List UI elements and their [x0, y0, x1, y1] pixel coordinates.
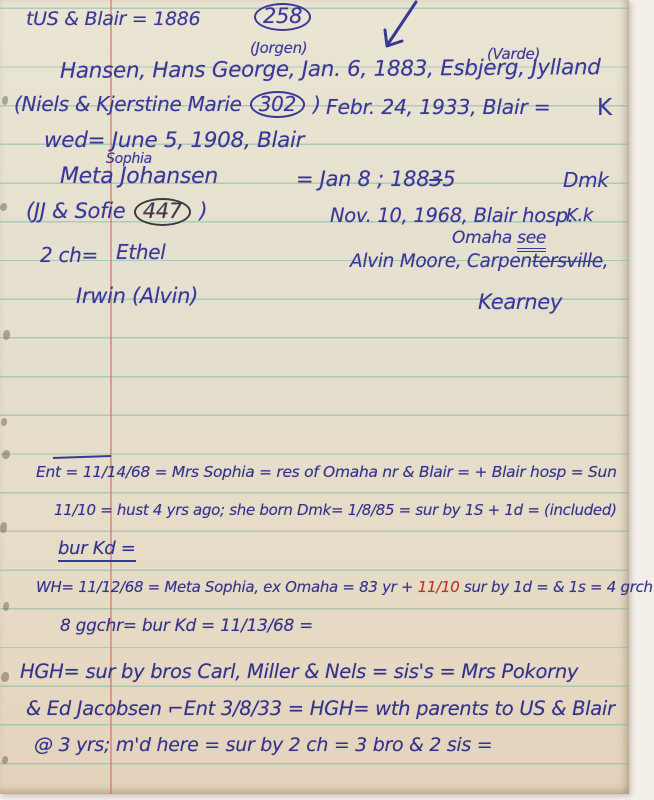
- corner-note: tUS & Blair = 1886: [26, 8, 200, 30]
- binding-hole-mark: [3, 330, 10, 340]
- child2-name: Irwin (Alvin): [76, 284, 198, 308]
- spouse-date-struck: 3: [429, 167, 442, 191]
- spouse-parents-line: (JJ & Sofie 447 ): [26, 198, 207, 226]
- child1-spouse-pre: Alvin Moore, Carpen: [350, 251, 532, 272]
- wh-post: sur by 1d = & 1s = 4 grch: [459, 578, 652, 596]
- binding-hole-mark: [2, 756, 8, 764]
- child1-spouse-post: ,: [603, 251, 609, 272]
- parents-ref-circle: 302: [250, 91, 305, 118]
- parents-text: (Niels & Kjerstine Marie: [14, 92, 242, 116]
- note-wh-line: WH= 11/12/68 = Meta Sophia, ex Omaha = 8…: [36, 578, 653, 596]
- note-obituary-2: 11/10 = hust 4 yrs ago; she born Dmk= 1/…: [54, 501, 617, 519]
- dmk-mark: Dmk: [563, 168, 609, 192]
- spouse-birth-date: = Jan 8 ; 18835: [296, 167, 455, 191]
- note-hgh-summary: @ 3 yrs; m'd here = sur by 2 ch = 3 bro …: [34, 734, 492, 756]
- children-count-label: 2 ch=: [40, 243, 98, 267]
- binding-hole-mark: [1, 672, 9, 682]
- kearney-note: Kearney: [478, 290, 562, 314]
- note-burial: bur Kd =: [58, 538, 136, 559]
- k-mark: K: [597, 95, 612, 121]
- binding-hole-mark: [2, 450, 10, 459]
- child1-name: Ethel: [116, 240, 166, 264]
- spouse-parents-ref-circle: 447: [134, 198, 191, 226]
- omaha-see-annotation: Omaha see: [452, 228, 546, 248]
- binding-hole-mark: [2, 96, 8, 105]
- arrow-icon: [372, 0, 422, 52]
- parents-close: ): [313, 92, 321, 116]
- page-number-circle: 258: [254, 3, 311, 31]
- binding-hole-mark: [3, 602, 9, 611]
- omaha-text: Omaha: [452, 228, 517, 248]
- binding-hole-mark: [0, 203, 7, 211]
- note-obituary-1: Ent = 11/14/68 = Mrs Sophia = res of Oma…: [36, 463, 617, 481]
- wedding-line: wed= June 5, 1908, Blair: [44, 128, 304, 153]
- ent-overline: [53, 455, 111, 459]
- see-underlined: see: [517, 228, 546, 252]
- burial-underlined: bur Kd =: [58, 538, 136, 562]
- spouse-name: Meta Johansen: [60, 164, 218, 189]
- death-date-line: Febr. 24, 1933, Blair =: [326, 95, 551, 119]
- entry-parents-line: (Niels & Kjerstine Marie 302 ): [14, 91, 321, 118]
- note-hgh-entry: & Ed Jacobsen ⌐Ent 3/8/33 = HGH= wth par…: [26, 697, 615, 720]
- entry-name-line: Hansen, Hans George, Jan. 6, 1883, Esbje…: [60, 55, 601, 84]
- page-number: 258: [252, 3, 313, 31]
- note-grandchildren: 8 ggchr= bur Kd = 11/13/68 =: [60, 616, 313, 636]
- spouse-parents-close: ): [199, 199, 207, 223]
- wh-red-date: 11/10: [418, 578, 460, 596]
- binding-hole-mark: [0, 522, 7, 533]
- name-annotation: (Jorgen): [250, 39, 307, 57]
- spouse-date-post: 5: [442, 167, 455, 191]
- wh-pre: WH= 11/12/68 = Meta Sophia, ex Omaha = 8…: [36, 578, 418, 596]
- child1-spouse-struck: tersville: [532, 251, 603, 272]
- kk-mark: K.k: [566, 205, 593, 226]
- note-hgh-survivors: HGH= sur by bros Carl, Miller & Nels = s…: [20, 660, 578, 683]
- spouse-date-pre: = Jan 8 ; 188: [296, 167, 429, 191]
- child1-spouse-line: Alvin Moore, Carpentersville,: [350, 251, 608, 272]
- spouse-death-line: Nov. 10, 1968, Blair hosp.: [330, 204, 574, 227]
- notebook-page: tUS & Blair = 1886 258 (Jorgen) (Varde) …: [0, 0, 629, 794]
- binding-hole-mark: [1, 418, 7, 426]
- spouse-parents-text: (JJ & Sofie: [26, 199, 125, 223]
